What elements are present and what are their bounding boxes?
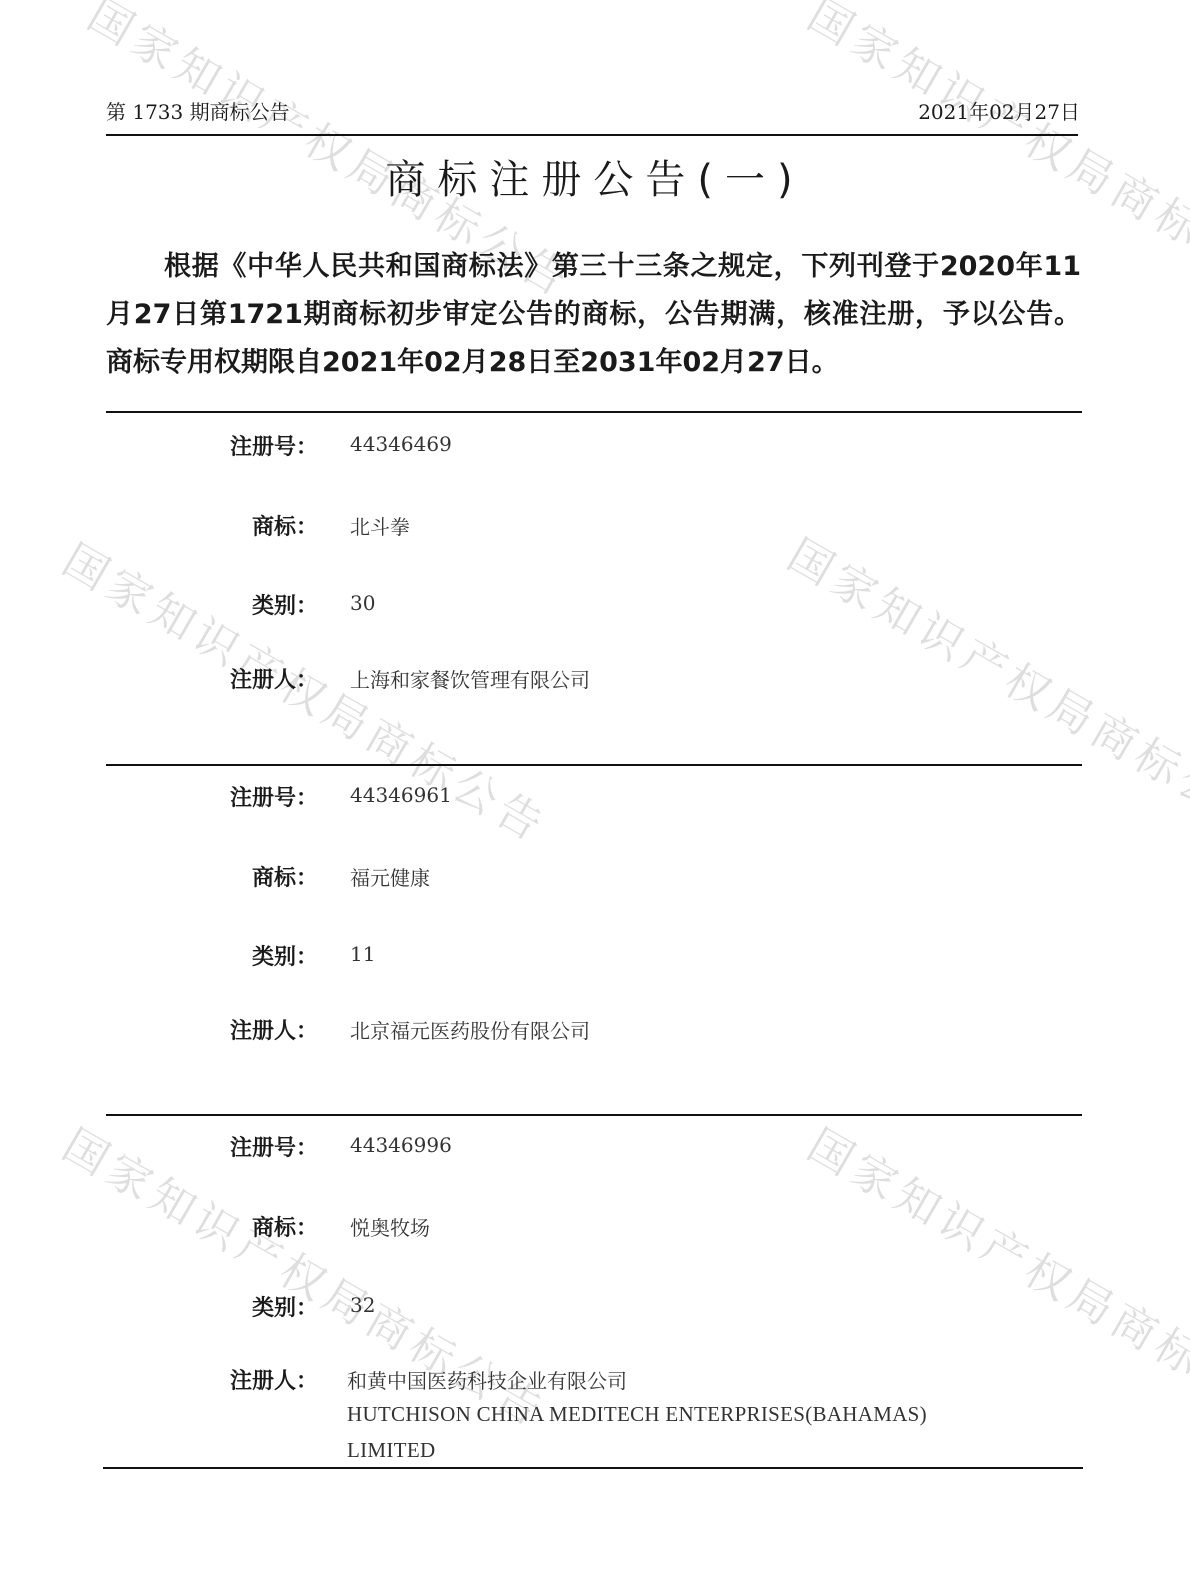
- class-value: 32: [350, 1293, 375, 1317]
- registrant-label: 注册人：: [100, 1364, 318, 1395]
- class-label: 类别：: [100, 940, 318, 971]
- reg-no-label: 注册号：: [100, 430, 318, 461]
- entry-divider: [106, 764, 1082, 766]
- entry-divider: [106, 1114, 1082, 1116]
- header-divider: [106, 134, 1078, 136]
- reg-no-value: 44346961: [350, 783, 452, 807]
- mark-value: 悦奥牧场: [350, 1212, 430, 1241]
- publication-date: 2021年02月27日: [918, 96, 1080, 125]
- watermark: 国家知识产权局商标公告: [778, 520, 1190, 850]
- registrant-en-line1: HUTCHISON CHINA MEDITECH ENTERPRISES(BAH…: [347, 1402, 927, 1427]
- intro-paragraph: 根据《中华人民共和国商标法》第三十三条之规定，下列刊登于2020年11月27日第…: [106, 243, 1081, 387]
- mark-label: 商标：: [100, 510, 318, 541]
- registrant-label: 注册人：: [100, 663, 318, 694]
- reg-no-label: 注册号：: [100, 1131, 318, 1162]
- class-label: 类别：: [100, 1291, 318, 1322]
- mark-value: 福元健康: [350, 862, 430, 891]
- class-label: 类别：: [100, 589, 318, 620]
- reg-no-value: 44346469: [350, 432, 452, 456]
- class-value: 30: [350, 591, 375, 615]
- class-value: 11: [350, 942, 375, 966]
- registrant-value: 上海和家餐饮管理有限公司: [350, 664, 590, 693]
- mark-label: 商标：: [100, 861, 318, 892]
- registrant-value: 和黄中国医药科技企业有限公司: [347, 1365, 627, 1394]
- registrant-value: 北京福元医药股份有限公司: [350, 1015, 590, 1044]
- issue-number: 第 1733 期商标公告: [106, 96, 290, 125]
- mark-label: 商标：: [100, 1211, 318, 1242]
- reg-no-value: 44346996: [350, 1133, 452, 1157]
- mark-value: 北斗拳: [350, 511, 410, 540]
- registrant-label: 注册人：: [100, 1014, 318, 1045]
- reg-no-label: 注册号：: [100, 781, 318, 812]
- entry-divider: [106, 411, 1082, 413]
- page-title: 商标注册公告(一): [0, 148, 1190, 205]
- bottom-divider: [103, 1467, 1083, 1469]
- watermark: 国家知识产权局商标公告: [798, 1110, 1190, 1440]
- registrant-en-line2: LIMITED: [347, 1438, 435, 1463]
